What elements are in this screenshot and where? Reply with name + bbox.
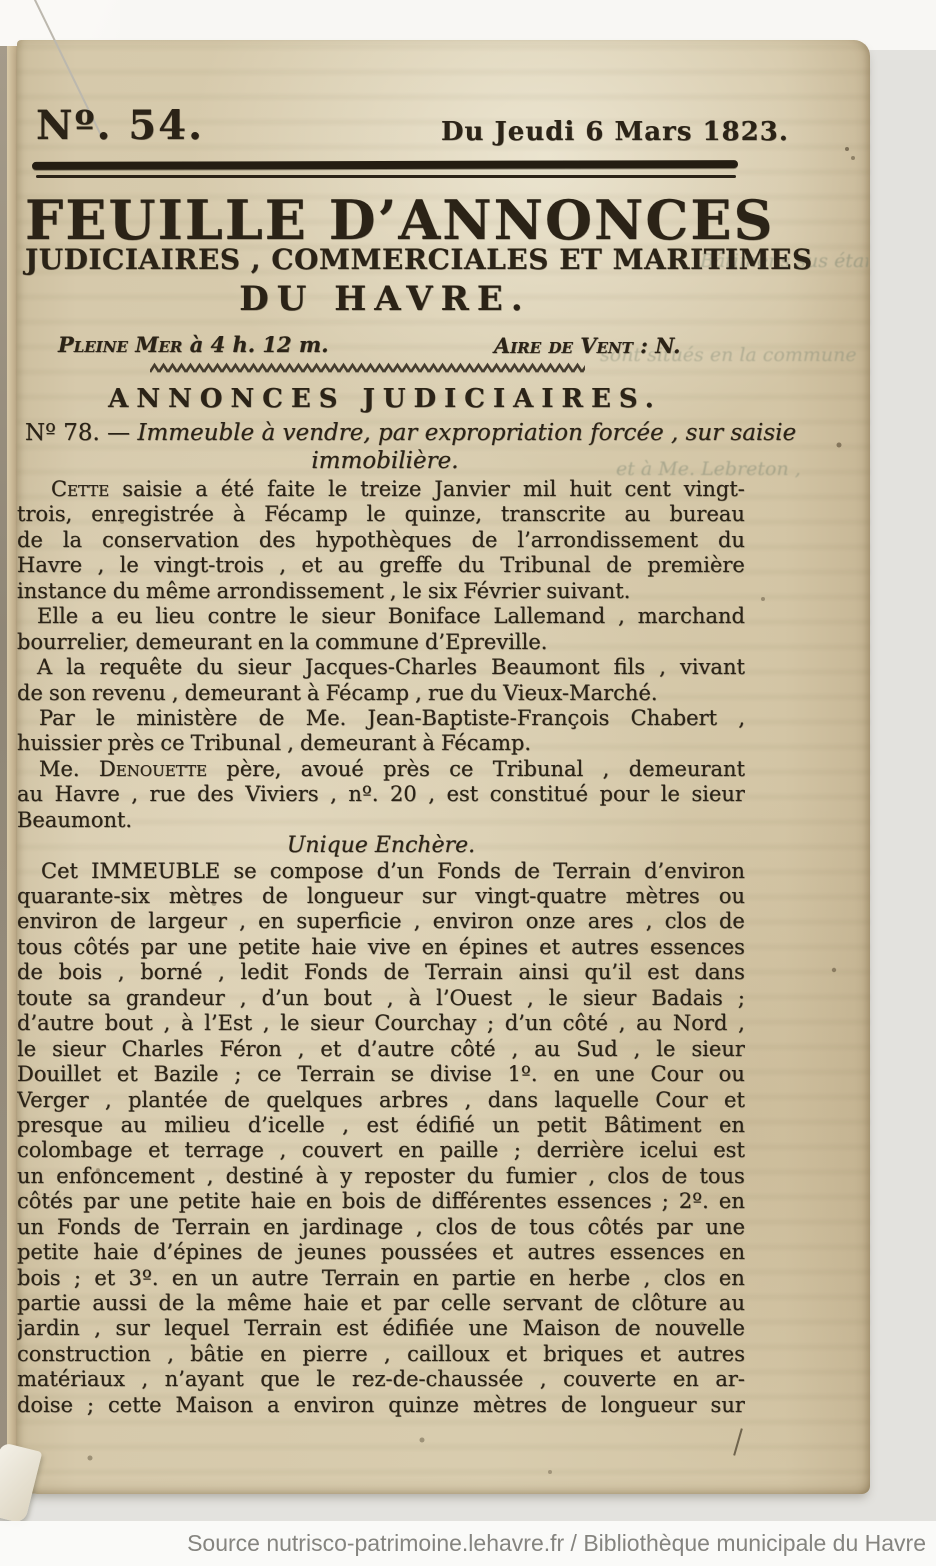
body-line: d’autrebout,àl’Est,lesieurCourchay;d’unc… — [17, 1011, 745, 1036]
wind-label: Aire de Vent : — [494, 333, 648, 358]
body-line: debois,borné,leditFondsdeTerrainainsiqu’… — [17, 960, 745, 985]
body-line: delaconservationdeshypothèquesdel’arrond… — [17, 528, 745, 553]
notice-title-line2: immobilière. — [25, 448, 745, 474]
body-line: AlarequêtedusieurJacques-CharlesBeaumont… — [17, 655, 745, 680]
body-line: quarante-sixmètresdelongueursurvingt-qua… — [17, 884, 745, 909]
wind-info: Aire de Vent : N. — [494, 333, 680, 358]
newspaper-place: DU HAVRE. — [25, 279, 745, 319]
credit-bar: Source nutrisco-patrimoine.lehavre.fr / … — [0, 1521, 936, 1566]
notice-title-italic: Immeuble à vendre, par expropriation for… — [137, 420, 796, 446]
body-line: Havre,levingt-trois,etaugreffeduTribunal… — [17, 553, 745, 578]
wind-value: N. — [655, 333, 680, 358]
tide-label: Pleine Mer — [58, 332, 182, 357]
body-line: partieaussidelamêmehaieetparcelleservant… — [17, 1291, 745, 1316]
body-line: environdelargeur,ensuperficie,environonz… — [17, 909, 745, 934]
body-line: CettesaisieaétéfaiteletreizeJanviermilhu… — [17, 477, 745, 502]
body-line: auHavre,ruedesViviers,nº.20,estconstitué… — [17, 782, 745, 807]
body-line: doise;cetteMaisonaenvironquinzemètresdel… — [17, 1393, 745, 1418]
paper-speckles — [0, 0, 2, 2]
body-line: ParleministèredeMe.Jean-Baptiste-Françoi… — [17, 706, 745, 731]
body-line: Me.Denouettepère,avouéprèsceTribunal,dem… — [17, 757, 745, 782]
thin-rule-divider — [36, 175, 736, 178]
body-line: trois,enregistréeàFécamplequinze,transcr… — [17, 502, 745, 527]
squiggle-divider — [150, 361, 585, 380]
issue-number: Nº. 54. — [36, 102, 204, 149]
body-line: lesieurCharlesFéron,etd’autrecôté,auSud,… — [17, 1037, 745, 1062]
binding-edge-dark — [0, 46, 7, 1516]
newspaper-subtitle: JUDICIAIRES , COMMERCIALES ET MARITIMES — [25, 243, 745, 276]
body-line: instancedumêmearrondissement,lesixFévrie… — [17, 579, 745, 604]
body-line: Beaumont. — [17, 808, 745, 833]
source-credit-text: Source nutrisco-patrimoine.lehavre.fr / … — [0, 1521, 936, 1566]
body-line: presqueaumilieud’icelle,estédifiéunpetit… — [17, 1113, 745, 1138]
body-line: Verger,plantéedequelquesarbres,danslaque… — [17, 1088, 745, 1113]
body-line: bourrelier,demeurantenlacommuned’Eprevil… — [17, 630, 745, 655]
body-line: matériaux,n’ayantquelerez-de-chaussée,co… — [17, 1367, 745, 1392]
body-line: jardin,surlequelTerrainestédifiéeuneMais… — [17, 1316, 745, 1341]
body-line: unenfoncement,destinéàyreposterdufumier,… — [17, 1164, 745, 1189]
body-line: unFondsdeTerrainenjardinage,closdetouscô… — [17, 1215, 745, 1240]
body-line: CetIMMEUBLEsecomposed’unFondsdeTerraind’… — [17, 859, 745, 884]
body-line: toutesagrandeur,d’unbout,àl’Ouest,lesieu… — [17, 986, 745, 1011]
tide-info: Pleine Mer à 4 h. 12 m. — [58, 332, 329, 357]
notice-number: Nº 78. — — [25, 420, 130, 446]
body-line: bois;et3º.enunautreTerrainenpartieenherb… — [17, 1266, 745, 1291]
body-line: construction,bâtieenpierre,caillouxetbri… — [17, 1342, 745, 1367]
subheading: Unique Enchère. — [17, 833, 745, 858]
article-body: CettesaisieaétéfaiteletreizeJanviermilhu… — [17, 477, 745, 1418]
section-heading: ANNONCES JUDICIAIRES. — [25, 384, 745, 414]
body-line: DouilletetBazile;ceTerrainsedivise1º.enu… — [17, 1062, 745, 1087]
scanned-page: Bâtimens sus étant, sont situés en la co… — [0, 0, 936, 1566]
body-line: petitehaied’épinesdejeunespousséesetautr… — [17, 1240, 745, 1265]
body-line: touscôtésparunepetitehaieviveenépineseta… — [17, 935, 745, 960]
notice-title-line1: Nº 78. — Immeuble à vendre, par expropri… — [25, 420, 745, 446]
body-line: desonrevenu,demeurantàFécamp,rueduVieux-… — [17, 681, 745, 706]
date-line: Du Jeudi 6 Mars 1823. — [441, 117, 789, 147]
body-line: huissierprèsceTribunal,demeurantàFécamp. — [17, 731, 745, 756]
body-line: ElleaeulieucontrelesieurBonifaceLalleman… — [17, 604, 745, 629]
tide-value: à 4 h. 12 m. — [190, 332, 329, 357]
body-line: côtésparunepetitehaieenboisdedifférentes… — [17, 1189, 745, 1214]
body-line: colombageetterrage,couvertenpaille;derri… — [17, 1138, 745, 1163]
